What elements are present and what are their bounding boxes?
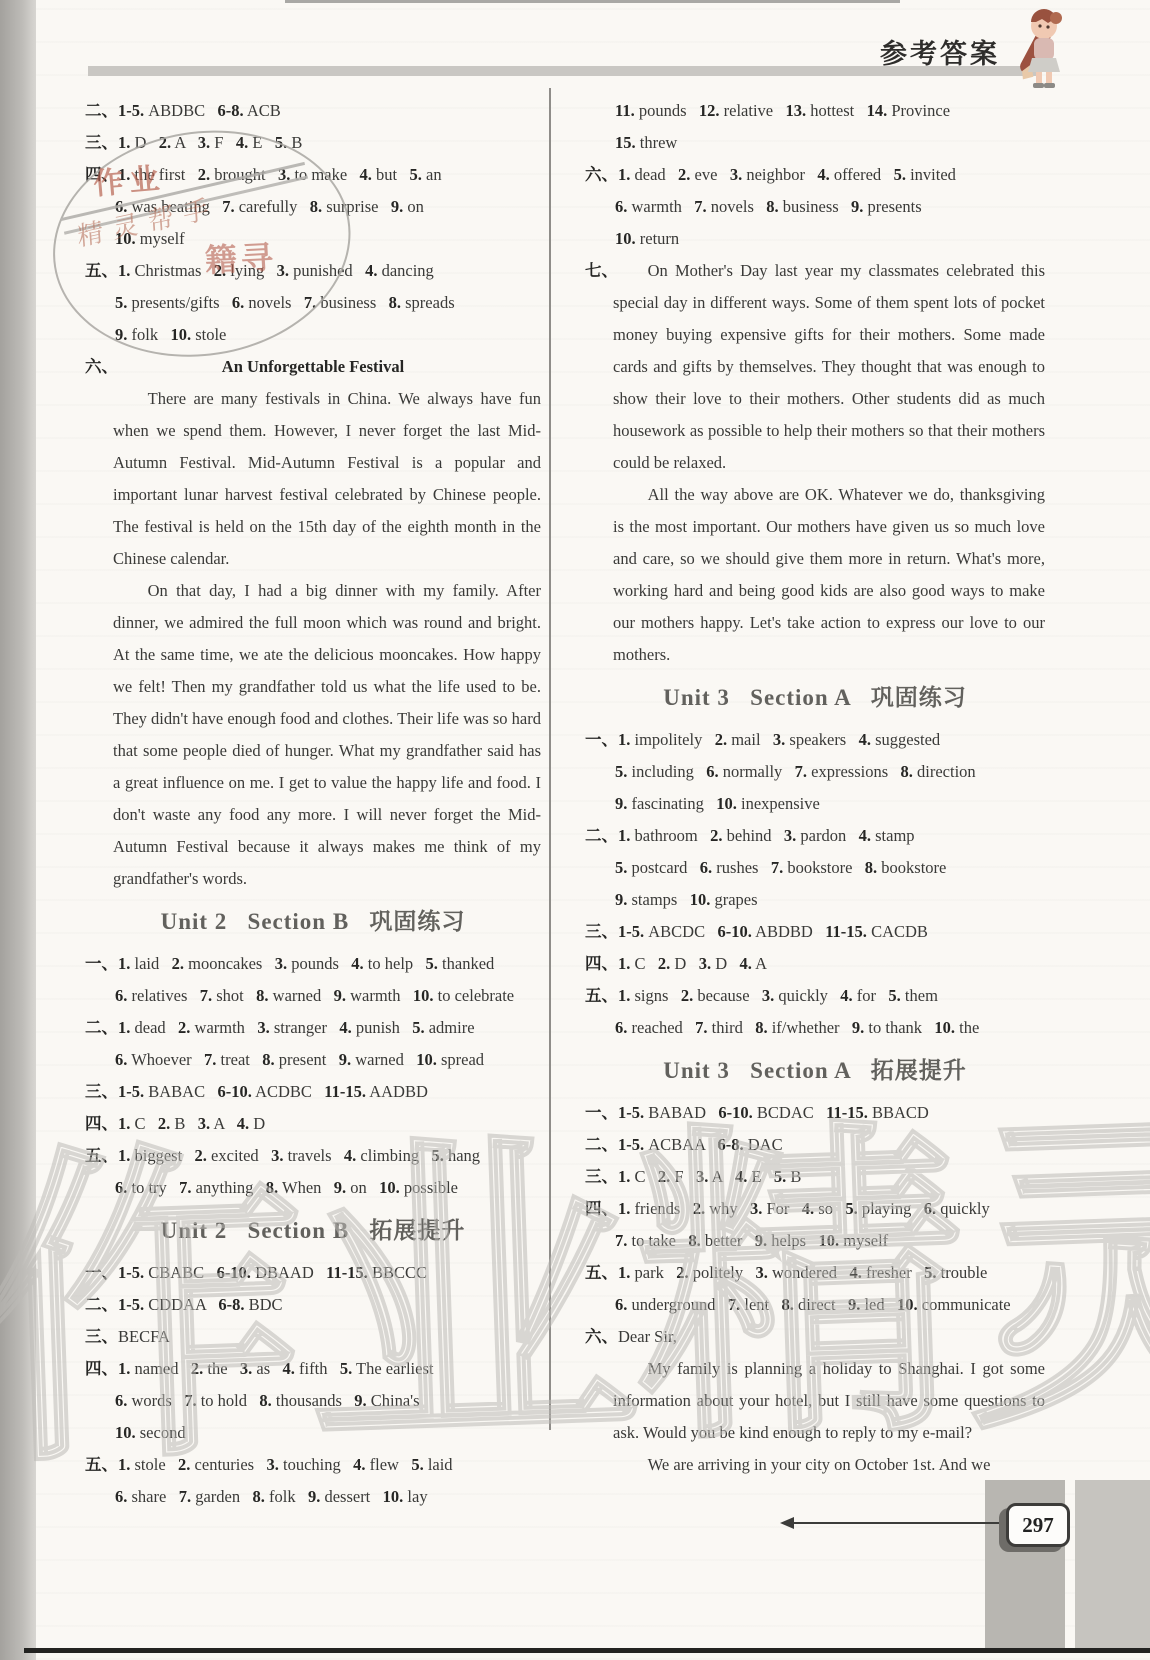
answer-line: 四、1. C 2. B 3. A 4. D xyxy=(85,1108,541,1140)
essay-title: 六、An Unforgettable Festival xyxy=(85,351,541,383)
essay-paragraph: There are many festivals in China. We al… xyxy=(85,383,541,575)
scan-bottom-edge xyxy=(24,1648,1150,1653)
answer-line: 10. myself xyxy=(85,223,541,255)
answer-line: 二、1-5. ABDBC 6-8. ACB xyxy=(85,95,541,127)
answer-line: 五、1. stole 2. centuries 3. touching 4. f… xyxy=(85,1449,541,1481)
answer-line: 6. underground 7. lent 8. direct 9. led … xyxy=(585,1289,1045,1321)
answer-line: 四、1. C 2. D 3. D 4. A xyxy=(585,948,1045,980)
answer-line: 四、1. friends 2. why 3. For 4. so 5. play… xyxy=(585,1193,1045,1225)
answer-line: 五、1. Christmas 2. lying 3. punished 4. d… xyxy=(85,255,541,287)
essay-paragraph: 七、On Mother's Day last year my classmate… xyxy=(585,255,1045,479)
essay-paragraph: All the way above are OK. Whatever we do… xyxy=(585,479,1045,671)
left-arrow-icon xyxy=(780,1517,794,1529)
answer-line: 三、BECFA xyxy=(85,1321,541,1353)
answer-line: 5. including 6. normally 7. expressions … xyxy=(585,756,1045,788)
answer-line: 四、1. named 2. the 3. as 4. fifth 5. The … xyxy=(85,1353,541,1385)
answer-line: 5. presents/gifts 6. novels 7. business … xyxy=(85,287,541,319)
footer-gray-block-right xyxy=(1075,1480,1150,1648)
answer-line: 5. postcard 6. rushes 7. bookstore 8. bo… xyxy=(585,852,1045,884)
scan-edge-shadow xyxy=(0,0,36,1660)
section-heading: Unit 2 Section B 巩固练习 xyxy=(85,902,541,942)
answers-column-right: 11. pounds 12. relative 13. hottest 14. … xyxy=(585,95,1045,1481)
answer-line: 6. words 7. to hold 8. thousands 9. Chin… xyxy=(85,1385,541,1417)
page-title: 参考答案 xyxy=(0,32,1000,71)
section-heading: Unit 3 Section A 巩固练习 xyxy=(585,678,1045,718)
answers-column-left: 二、1-5. ABDBC 6-8. ACB三、1. D 2. A 3. F 4.… xyxy=(85,95,541,1513)
answer-line: 7. to take 8. better 9. helps 10. myself xyxy=(585,1225,1045,1257)
footer-arrow-line xyxy=(792,1522,1010,1524)
answer-line: 三、1-5. ABCDC 6-10. ABDBD 11-15. CACDB xyxy=(585,916,1045,948)
answer-line: 一、1-5. BABAD 6-10. BCDAC 11-15. BBACD xyxy=(585,1097,1045,1129)
section-heading: Unit 2 Section B 拓展提升 xyxy=(85,1211,541,1251)
answer-line: 六、Dear Sir, xyxy=(585,1321,1045,1353)
answer-line: 10. second xyxy=(85,1417,541,1449)
answer-line: 10. return xyxy=(585,223,1045,255)
answer-line: 一、1-5. CBABC 6-10. DBAAD 11-15. BBCCC xyxy=(85,1257,541,1289)
essay-paragraph: On that day, I had a big dinner with my … xyxy=(85,575,541,895)
answer-line: 9. stamps 10. grapes xyxy=(585,884,1045,916)
section-heading: Unit 3 Section A 拓展提升 xyxy=(585,1051,1045,1091)
answer-line: 6. reached 7. third 8. if/whether 9. to … xyxy=(585,1012,1045,1044)
answer-line: 四、1. the first 2. brought 3. to make 4. … xyxy=(85,159,541,191)
answer-line: 二、1-5. CDDAA 6-8. BDC xyxy=(85,1289,541,1321)
column-divider-rule xyxy=(549,88,551,1430)
answer-line: 9. fascinating 10. inexpensive xyxy=(585,788,1045,820)
answer-line: 三、1. C 2. F 3. A 4. E 5. B xyxy=(585,1161,1045,1193)
page-number-badge: 297 xyxy=(1006,1503,1070,1547)
answer-line: 五、1. signs 2. because 3. quickly 4. for … xyxy=(585,980,1045,1012)
answer-line: 6. to try 7. anything 8. When 9. on 10. … xyxy=(85,1172,541,1204)
answer-line: 六、1. dead 2. eve 3. neighbor 4. offered … xyxy=(585,159,1045,191)
answer-line: 三、1. D 2. A 3. F 4. E 5. B xyxy=(85,127,541,159)
answer-line: 五、1. biggest 2. excited 3. travels 4. cl… xyxy=(85,1140,541,1172)
answer-line: 三、1-5. BABAC 6-10. ACDBC 11-15. AADBD xyxy=(85,1076,541,1108)
scanned-answer-page: 参考答案 二、1-5. ABDBC 6-8. ACB三、1. D 2. A 3.… xyxy=(0,0,1150,1660)
answer-line: 6. was beating 7. carefully 8. surprise … xyxy=(85,191,541,223)
answer-line: 一、1. impolitely 2. mail 3. speakers 4. s… xyxy=(585,724,1045,756)
answer-line: 9. folk 10. stole xyxy=(85,319,541,351)
answer-line: 6. Whoever 7. treat 8. present 9. warned… xyxy=(85,1044,541,1076)
essay-paragraph: We are arriving in your city on October … xyxy=(585,1449,1045,1481)
answer-line: 15. threw xyxy=(585,127,1045,159)
answer-line: 二、1. dead 2. warmth 3. stranger 4. punis… xyxy=(85,1012,541,1044)
essay-paragraph: My family is planning a holiday to Shang… xyxy=(585,1353,1045,1449)
answer-line: 五、1. park 2. politely 3. wondered 4. fre… xyxy=(585,1257,1045,1289)
mascot-girl-with-pencil-icon xyxy=(1000,6,1078,90)
answer-line: 二、1. bathroom 2. behind 3. pardon 4. sta… xyxy=(585,820,1045,852)
answer-line: 6. warmth 7. novels 8. business 9. prese… xyxy=(585,191,1045,223)
answer-line: 一、1. laid 2. mooncakes 3. pounds 4. to h… xyxy=(85,948,541,980)
scan-artifact-line xyxy=(285,0,900,3)
answer-line: 6. share 7. garden 8. folk 9. dessert 10… xyxy=(85,1481,541,1513)
answer-line: 11. pounds 12. relative 13. hottest 14. … xyxy=(585,95,1045,127)
answer-line: 6. relatives 7. shot 8. warned 9. warmth… xyxy=(85,980,541,1012)
answer-line: 二、1-5. ACBAA 6-8. DAC xyxy=(585,1129,1045,1161)
